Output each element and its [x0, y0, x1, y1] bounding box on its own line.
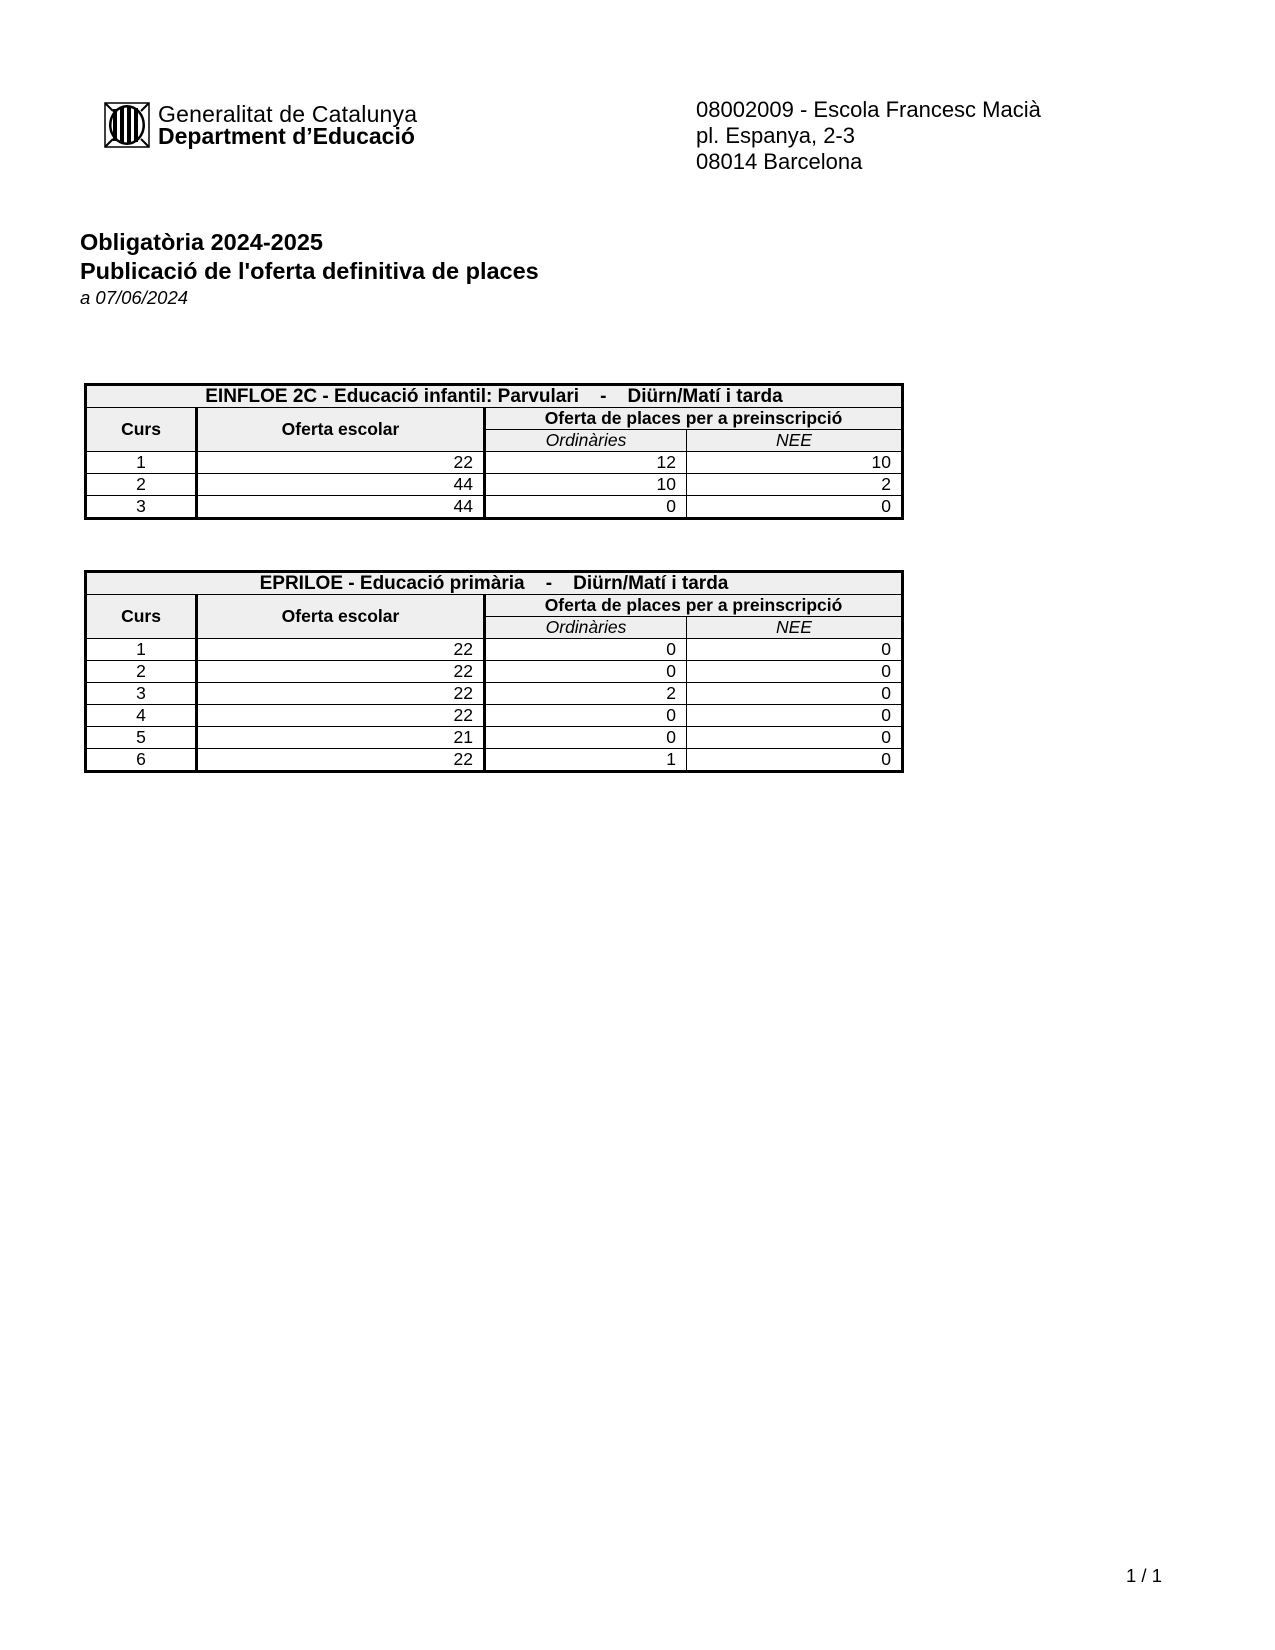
cell-oferta-escolar: 22: [197, 639, 485, 661]
table-row: 22200: [86, 661, 903, 683]
cell-oferta-escolar: 22: [197, 661, 485, 683]
school-street: pl. Espanya, 2-3: [696, 123, 1041, 149]
cell-ordinaries: 0: [485, 496, 687, 519]
cell-ordinaries: 0: [485, 705, 687, 727]
cell-oferta-escolar: 44: [197, 474, 485, 496]
cell-ordinaries: 0: [485, 727, 687, 749]
table-title: EINFLOE 2C - Educació infantil: Parvular…: [86, 385, 903, 408]
document-title: Obligatòria 2024-2025: [80, 228, 539, 257]
column-header-curs: Curs: [86, 595, 197, 639]
cell-oferta-escolar: 44: [197, 496, 485, 519]
table-row: 244102: [86, 474, 903, 496]
cell-nee: 0: [687, 661, 903, 683]
cell-ordinaries: 0: [485, 661, 687, 683]
table-row: 12200: [86, 639, 903, 661]
cell-ordinaries: 1: [485, 749, 687, 772]
cell-curs: 2: [86, 474, 197, 496]
document-heading: Obligatòria 2024-2025 Publicació de l'of…: [80, 228, 539, 310]
cell-curs: 3: [86, 683, 197, 705]
cell-nee: 0: [687, 683, 903, 705]
cell-curs: 1: [86, 639, 197, 661]
cell-ordinaries: 12: [485, 452, 687, 474]
table-title: EPRILOE - Educació primària - Diürn/Matí…: [86, 572, 903, 595]
school-address: 08002009 - Escola Francesc Macià pl. Esp…: [696, 97, 1041, 175]
cell-curs: 1: [86, 452, 197, 474]
cell-nee: 2: [687, 474, 903, 496]
table-row: 42200: [86, 705, 903, 727]
logo-line-department: Department d’Educació: [158, 125, 417, 147]
table-row: 1221210: [86, 452, 903, 474]
offer-table-infantil: EINFLOE 2C - Educació infantil: Parvular…: [84, 383, 904, 520]
cell-curs: 5: [86, 727, 197, 749]
publication-date: a 07/06/2024: [80, 286, 539, 310]
column-header-nee: NEE: [687, 430, 903, 452]
cell-ordinaries: 2: [485, 683, 687, 705]
cell-nee: 0: [687, 749, 903, 772]
table-row: 52100: [86, 727, 903, 749]
page-indicator: 1 / 1: [1126, 1565, 1162, 1587]
cell-curs: 2: [86, 661, 197, 683]
cell-oferta-escolar: 22: [197, 452, 485, 474]
cell-oferta-escolar: 22: [197, 705, 485, 727]
logo-line-generalitat: Generalitat de Catalunya: [158, 103, 417, 125]
offer-table-primaria: EPRILOE - Educació primària - Diürn/Matí…: [84, 570, 904, 773]
cell-nee: 0: [687, 496, 903, 519]
school-code-name: 08002009 - Escola Francesc Macià: [696, 97, 1041, 123]
cell-curs: 3: [86, 496, 197, 519]
column-header-oferta-escolar: Oferta escolar: [197, 595, 485, 639]
document-subtitle: Publicació de l'oferta definitiva de pla…: [80, 257, 539, 286]
cell-ordinaries: 0: [485, 639, 687, 661]
column-header-oferta-preinscripcio: Oferta de places per a preinscripció: [485, 595, 903, 617]
column-header-curs: Curs: [86, 408, 197, 452]
school-city: 08014 Barcelona: [696, 149, 1041, 175]
table-row: 34400: [86, 496, 903, 519]
cell-ordinaries: 10: [485, 474, 687, 496]
table-row: 62210: [86, 749, 903, 772]
generalitat-logo: Generalitat de Catalunya Department d’Ed…: [104, 102, 417, 148]
cell-nee: 0: [687, 727, 903, 749]
column-header-oferta-preinscripcio: Oferta de places per a preinscripció: [485, 408, 903, 430]
cell-curs: 6: [86, 749, 197, 772]
column-header-oferta-escolar: Oferta escolar: [197, 408, 485, 452]
cell-curs: 4: [86, 705, 197, 727]
column-header-nee: NEE: [687, 617, 903, 639]
cell-nee: 10: [687, 452, 903, 474]
generalitat-emblem-icon: [104, 102, 150, 148]
cell-nee: 0: [687, 639, 903, 661]
cell-oferta-escolar: 21: [197, 727, 485, 749]
cell-oferta-escolar: 22: [197, 749, 485, 772]
column-header-ordinaries: Ordinàries: [485, 430, 687, 452]
cell-nee: 0: [687, 705, 903, 727]
table-row: 32220: [86, 683, 903, 705]
cell-oferta-escolar: 22: [197, 683, 485, 705]
column-header-ordinaries: Ordinàries: [485, 617, 687, 639]
